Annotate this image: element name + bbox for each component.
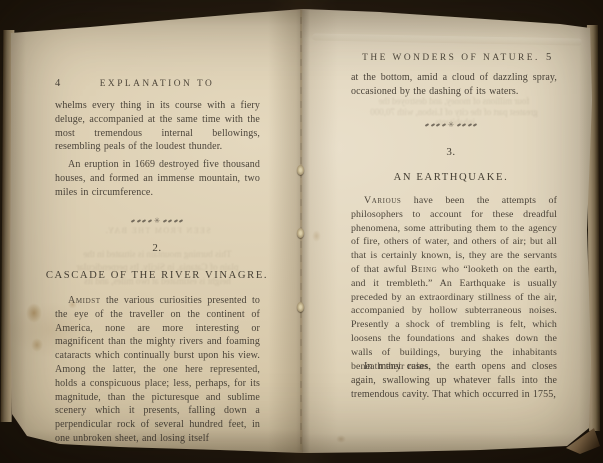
open-book-photo: SEEN FROM THE BAY. This burning mountain… <box>0 0 603 463</box>
ornament-stroke <box>147 219 151 222</box>
ornament-stroke <box>473 123 477 126</box>
paragraph-eruption-continuation: whelms every thing in its course with a … <box>55 99 260 154</box>
page-crease <box>312 33 582 45</box>
section-title-cascade: CASCADE OF THE RIVER VINAGRE. <box>46 270 268 281</box>
bleed-line: greatest part of the city of Lisbon, wit… <box>351 107 557 118</box>
bleed-line: four millions of money, and destroyed th… <box>351 96 557 107</box>
stitch-knot <box>297 228 304 238</box>
paragraph-cascade: Amidst the various curiosities presented… <box>55 294 260 446</box>
right-page-number: 5 <box>546 52 551 63</box>
section-title-earthquake: AN EARTHQUAKE. <box>394 172 509 183</box>
ornament-stroke <box>430 123 434 126</box>
ornament-stroke <box>136 219 140 222</box>
paragraph-earthquake-text-2: who “looketh on the earth, and it trembl… <box>351 264 557 372</box>
section-divider-ornament: ✳ <box>425 121 477 128</box>
paragraph-spray-continuation: at the bottom, amid a cloud of dazzling … <box>351 71 557 99</box>
ornament-stroke <box>441 123 445 126</box>
ornament-stroke <box>142 219 146 222</box>
ornament-stroke <box>425 123 429 126</box>
paragraph-cascade-text: the various curiosities presented to the… <box>55 295 260 444</box>
foxing-stain <box>68 300 77 309</box>
section-divider-ornament: ✳ <box>131 217 183 224</box>
right-running-header: THE WONDERS OF NATURE. <box>362 53 540 63</box>
ornament-stroke <box>468 123 472 126</box>
ornament-star-icon: ✳ <box>447 121 455 128</box>
paragraph-earthquake: Various have been the attempts of philos… <box>351 194 557 373</box>
ornament-stroke <box>168 219 172 222</box>
ornament-stroke <box>131 219 135 222</box>
foxing-stain <box>31 338 43 352</box>
stitch-knot <box>297 165 304 175</box>
ornament-stroke <box>174 219 178 222</box>
left-page-number: 4 <box>55 78 60 89</box>
section-number-2: 2. <box>152 242 161 254</box>
left-running-header: EXPLANATION TO <box>100 79 215 89</box>
paragraph-earthquake-text-1: have been the attempts of philosophers t… <box>351 195 557 275</box>
ornament-stroke <box>457 123 461 126</box>
stitch-knot <box>297 302 304 312</box>
ornament-stroke <box>436 123 440 126</box>
lead-word-various: Various <box>364 195 401 206</box>
bleed-line: SEEN FROM THE BAY. <box>55 224 260 238</box>
ornament-stroke <box>163 219 167 222</box>
ornament-stroke <box>462 123 466 126</box>
foxing-stain <box>26 303 42 323</box>
paragraph-earth-opens: In many cases, the earth opens and close… <box>351 360 557 401</box>
section-number-3: 3. <box>446 146 455 158</box>
ornament-star-icon: ✳ <box>153 217 161 224</box>
ornament-stroke <box>179 219 183 222</box>
word-being: Being <box>411 264 437 275</box>
paragraph-eruption-1669: An eruption in 1669 destroyed five thous… <box>55 158 260 199</box>
